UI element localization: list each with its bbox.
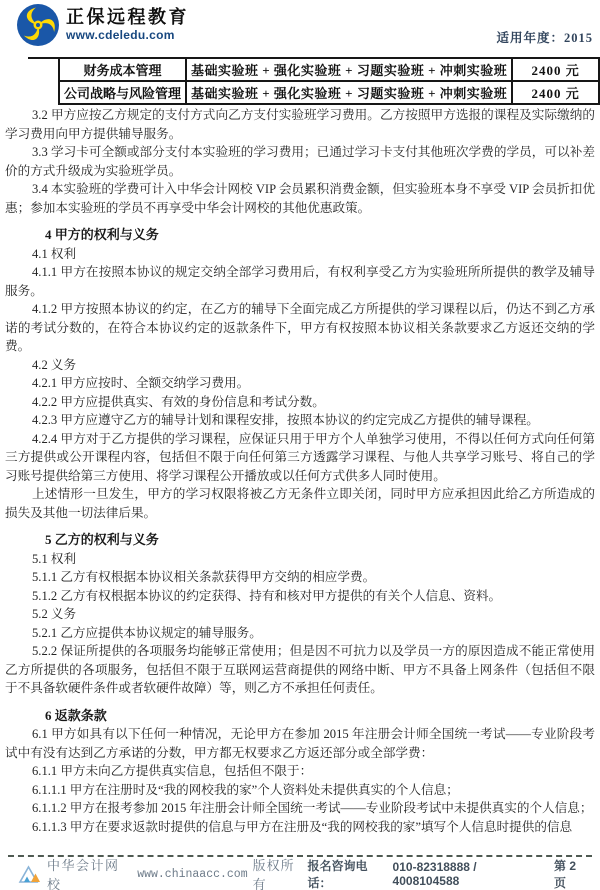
footer-phone-numbers: 010-82318888 / 4008104588 <box>393 860 546 888</box>
contract-clause: 6 返款条款 <box>5 707 595 726</box>
contract-page: 正保远程教育 www.cdeledu.com 适用年度：2015 财务成本管理 … <box>0 0 600 890</box>
fee-table: 财务成本管理 基础实验班 + 强化实验班 + 习题实验班 + 冲刺实验班 240… <box>58 57 600 105</box>
brand-block: 正保远程教育 www.cdeledu.com <box>66 7 189 43</box>
fee-table-body: 财务成本管理 基础实验班 + 强化实验班 + 习题实验班 + 冲刺实验班 240… <box>59 58 599 104</box>
contract-clause: 6.1.1.2 甲方在报考参加 2015 年注册会计师全国统一考试——专业阶段考… <box>5 799 595 818</box>
contract-clause: 5.1 权利 <box>5 550 595 569</box>
cdel-logo-icon <box>16 3 60 47</box>
contract-clause: 5.1.2 乙方有权根据本协议的约定获得、持有和核对甲方提供的有关个人信息、资料… <box>5 587 595 606</box>
contract-clause: 4.2.3 甲方应遵守乙方的辅导计划和课程安排，按照本协议的约定完成乙方提供的辅… <box>5 411 595 430</box>
fee-table-package-cell: 基础实验班 + 强化实验班 + 习题实验班 + 冲刺实验班 <box>186 58 512 81</box>
footer-left: 中华会计网校 www.chinaacc.com 版权所有 <box>18 855 307 890</box>
footer-copyright: 版权所有 <box>253 855 308 890</box>
chinaacc-logo-icon <box>18 864 42 884</box>
contract-clause: 5.1.1 乙方有权根据本协议相关条款获得甲方交纳的相应学费。 <box>5 568 595 587</box>
contract-clause: 5 乙方的权利与义务 <box>5 531 595 550</box>
contract-clause: 上述情形一旦发生，甲方的学习权限将被乙方无条件立即关闭，同时甲方应承担因此给乙方… <box>5 485 595 522</box>
page-footer: 中华会计网校 www.chinaacc.com 版权所有 报名咨询电话： 010… <box>18 862 591 886</box>
brand-url: www.cdeledu.com <box>66 28 189 43</box>
fee-table-subject-cell: 财务成本管理 <box>59 58 186 81</box>
footer-site-url: www.chinaacc.com <box>137 868 247 881</box>
contract-clause: 6.1.1 甲方未向乙方提供真实信息，包括但不限于： <box>5 762 595 781</box>
contract-clause: 4.2.4 甲方对于乙方提供的学习课程，应保证只用于甲方个人单独学习使用，不得以… <box>5 430 595 486</box>
fee-table-fee-cell: 2400 元 <box>512 81 599 104</box>
brand-name: 正保远程教育 <box>66 7 189 28</box>
footer-site-name: 中华会计网校 <box>47 855 132 890</box>
contract-clause: 5.2 义务 <box>5 605 595 624</box>
contract-clause: 6.1 甲方如具有以下任何一种情况，无论甲方在参加 2015 年注册会计师全国统… <box>5 725 595 762</box>
contract-clause: 4.1.2 甲方按照本协议的约定，在乙方的辅导下全面完成乙方所提供的学习课程以后… <box>5 300 595 356</box>
contract-clause: 4.2.1 甲方应按时、全额交纳学习费用。 <box>5 374 595 393</box>
footer-right: 报名咨询电话： 010-82318888 / 4008104588 第 2 页 <box>307 857 591 890</box>
contract-clause: 3.4 本实验班的学费可计入中华会计网校 VIP 会员累积消费金额，但实验班本身… <box>5 180 595 217</box>
fee-table-fee-cell: 2400 元 <box>512 58 599 81</box>
contract-clause: 6.1.1.3 甲方在要求返款时提供的信息与甲方在注册及“我的网校我的家”填写个… <box>5 818 595 837</box>
contract-clause: 4 甲方的权利与义务 <box>5 226 595 245</box>
applicable-year-label: 适用年度：2015 <box>496 28 593 46</box>
contract-clause: 5.2.1 乙方应提供本协议规定的辅导服务。 <box>5 624 595 643</box>
footer-page-number: 第 2 页 <box>554 857 591 890</box>
footer-phone-label: 报名咨询电话： <box>307 857 390 890</box>
contract-clause: 4.2 义务 <box>5 356 595 375</box>
fee-table-subject-cell: 公司战略与风险管理 <box>59 81 186 104</box>
fee-table-row: 财务成本管理 基础实验班 + 强化实验班 + 习题实验班 + 冲刺实验班 240… <box>59 58 599 81</box>
fee-table-row: 公司战略与风险管理 基础实验班 + 强化实验班 + 习题实验班 + 冲刺实验班 … <box>59 81 599 104</box>
contract-clause: 6.1.1.1 甲方在注册时及“我的网校我的家”个人资料处未提供真实的个人信息； <box>5 781 595 800</box>
contract-clause: 4.1 权利 <box>5 245 595 264</box>
page-header: 正保远程教育 www.cdeledu.com 适用年度：2015 <box>0 0 600 54</box>
contract-clause: 4.1.1 甲方在按照本协议的规定交纳全部学习费用后，有权利享受乙方为实验班所所… <box>5 263 595 300</box>
contract-clause: 3.3 学习卡可全额或部分支付本实验班的学习费用；已通过学习卡支付其他班次学费的… <box>5 143 595 180</box>
contract-clause: 3.2 甲方应按乙方规定的支付方式向乙方支付实验班学习费用。乙方按照甲方选报的课… <box>5 106 595 143</box>
contract-clause: 5.2.2 保证所提供的各项服务均能够正常使用；但是因不可抗力以及学员一方的原因… <box>5 642 595 698</box>
fee-table-package-cell: 基础实验班 + 强化实验班 + 习题实验班 + 冲刺实验班 <box>186 81 512 104</box>
contract-body: 3.2 甲方应按乙方规定的支付方式向乙方支付实验班学习费用。乙方按照甲方选报的课… <box>5 104 595 836</box>
contract-clause: 4.2.2 甲方应提供真实、有效的身份信息和考试分数。 <box>5 393 595 412</box>
